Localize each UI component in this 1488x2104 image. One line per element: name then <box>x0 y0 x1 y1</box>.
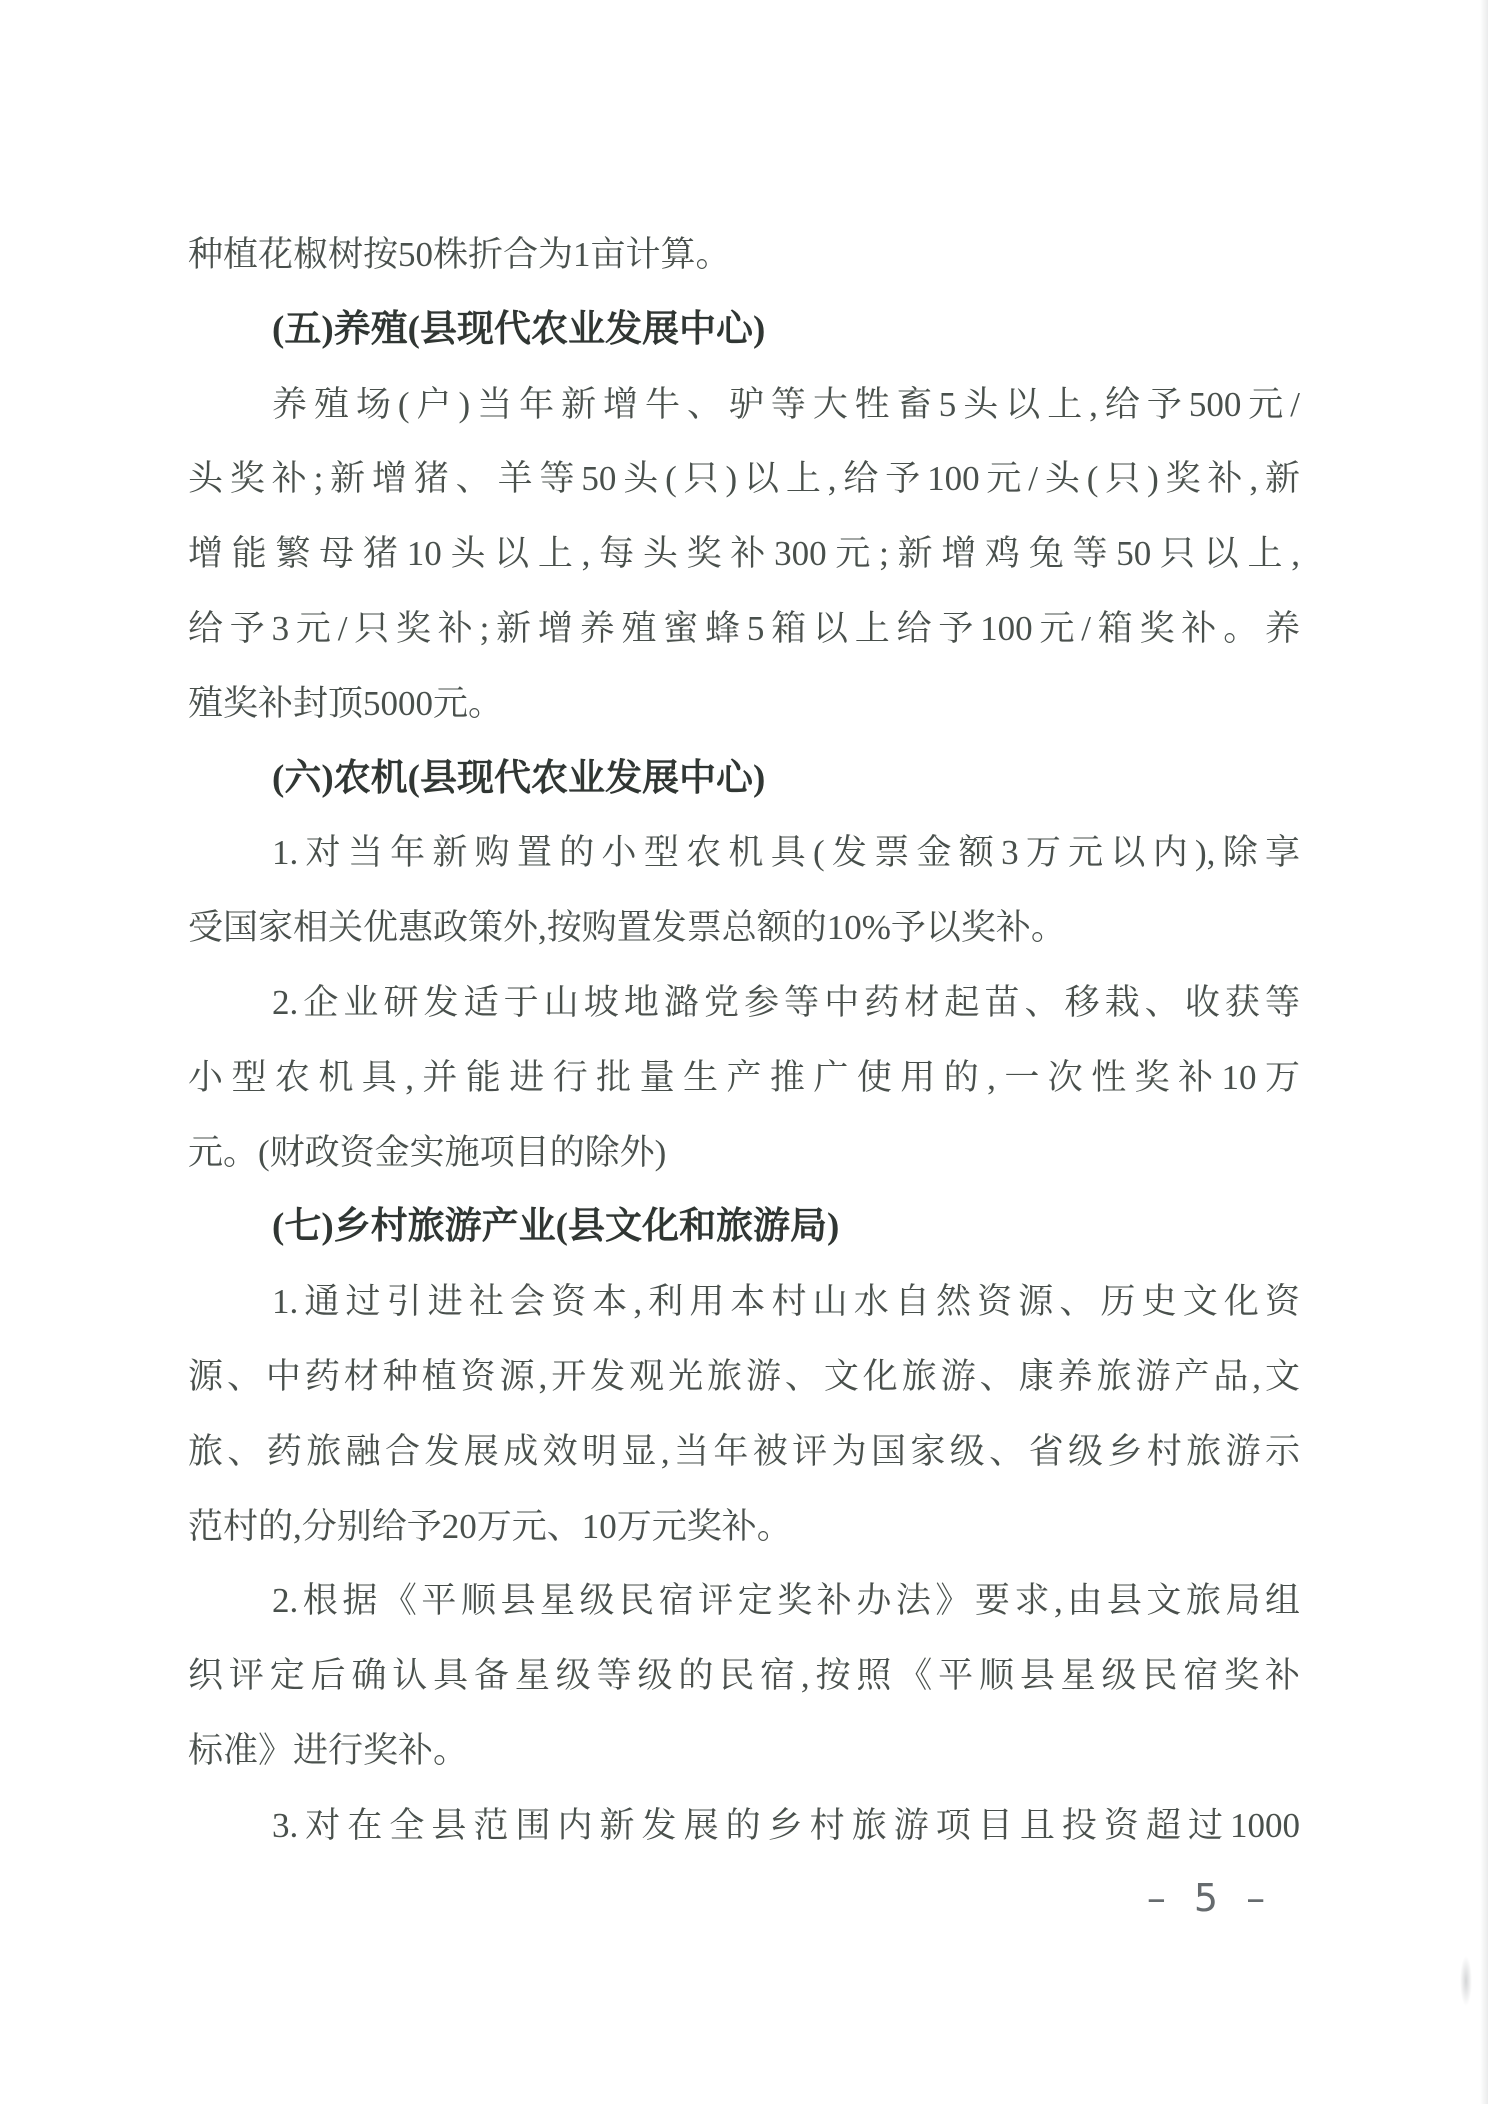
document-text: 种植花椒树按50株折合为1亩计算。(五)养殖(县现代农业发展中心)养殖场(户)当… <box>188 218 1300 1864</box>
text-line: 1.通过引进社会资本,利用本村山水自然资源、历史文化资 <box>188 1265 1300 1340</box>
section-heading: (七)乡村旅游产业(县文化和旅游局) <box>188 1190 1300 1265</box>
text-line: 养殖场(户)当年新增牛、驴等大牲畜5头以上,给予500元/ <box>188 368 1300 443</box>
text-line: 受国家相关优惠政策外,按购置发票总额的10%予以奖补。 <box>188 891 1300 966</box>
text-line: 殖奖补封顶5000元。 <box>188 667 1300 742</box>
text-line: 3.对在全县范围内新发展的乡村旅游项目且投资超过1000 <box>188 1789 1300 1864</box>
text-line: 源、中药材种植资源,开发观光旅游、文化旅游、康养旅游产品,文 <box>188 1340 1300 1415</box>
page-number: – 5 – <box>1105 1872 1315 1924</box>
text-line: 1.对当年新购置的小型农机具(发票金额3万元以内),除享 <box>188 816 1300 891</box>
text-line: 增能繁母猪10头以上,每头奖补300元;新增鸡兔等50只以上, <box>188 517 1300 592</box>
text-line: 元。(财政资金实施项目的除外) <box>188 1116 1300 1191</box>
text-line: 旅、药旅融合发展成效明显,当年被评为国家级、省级乡村旅游示 <box>188 1415 1300 1490</box>
text-line: 2.根据《平顺县星级民宿评定奖补办法》要求,由县文旅局组 <box>188 1564 1300 1639</box>
text-line: 给予3元/只奖补;新增养殖蜜蜂5箱以上给予100元/箱奖补。养 <box>188 592 1300 667</box>
scan-smudge-artifact <box>1460 1956 1472 2006</box>
text-line: 2.企业研发适于山坡地潞党参等中药材起苗、移栽、收获等 <box>188 966 1300 1041</box>
text-line: 范村的,分别给予20万元、10万元奖补。 <box>188 1490 1300 1565</box>
text-line: 标准》进行奖补。 <box>188 1714 1300 1789</box>
text-line: 织评定后确认具备星级等级的民宿,按照《平顺县星级民宿奖补 <box>188 1639 1300 1714</box>
scan-edge-shadow <box>1480 0 1488 2104</box>
text-line: 小型农机具,并能进行批量生产推广使用的,一次性奖补10万 <box>188 1041 1300 1116</box>
text-line: 头奖补;新增猪、羊等50头(只)以上,给予100元/头(只)奖补,新 <box>188 442 1300 517</box>
text-line: 种植花椒树按50株折合为1亩计算。 <box>188 218 1300 293</box>
document-page: 种植花椒树按50株折合为1亩计算。(五)养殖(县现代农业发展中心)养殖场(户)当… <box>0 0 1488 2104</box>
section-heading: (六)农机(县现代农业发展中心) <box>188 742 1300 817</box>
section-heading: (五)养殖(县现代农业发展中心) <box>188 293 1300 368</box>
